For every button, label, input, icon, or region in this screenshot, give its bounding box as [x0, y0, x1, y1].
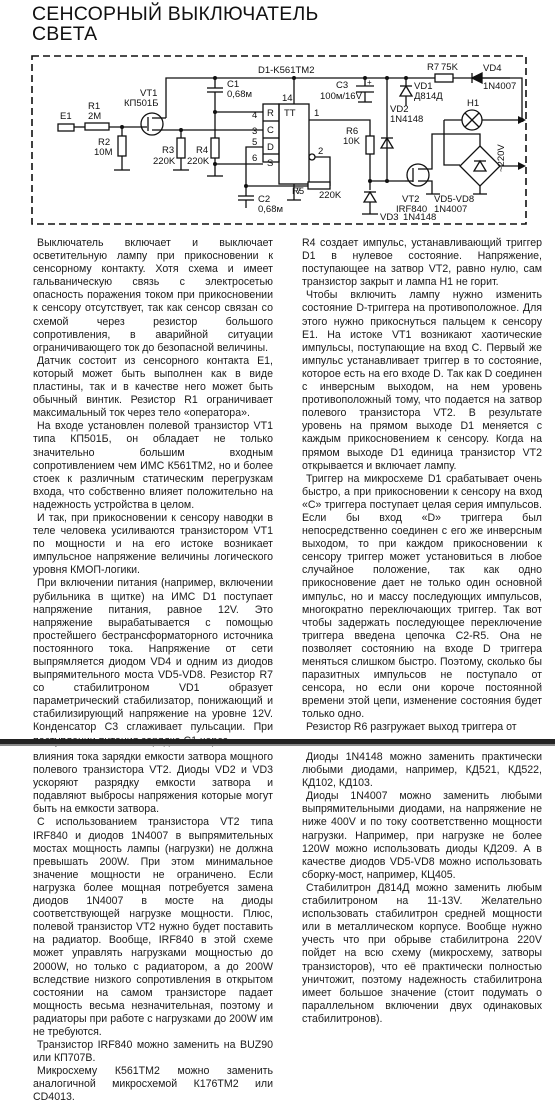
label-pin5: 5	[252, 137, 257, 148]
label-vd4: VD4	[483, 63, 501, 74]
paragraph: Микросхему К561ТМ2 можно заменить аналог…	[33, 1065, 273, 1100]
label-h1: H1	[467, 98, 479, 109]
title-line-1: СЕНСОРНЫЙ ВЫКЛЮЧАТЕЛЬ	[32, 4, 318, 24]
label-vt1-type: КП501Б	[124, 98, 158, 109]
label-e1: E1	[60, 111, 72, 122]
paragraph: Транзистор IRF840 можно заменить на BUZ9…	[33, 1039, 273, 1065]
label-vt2-type: IRF840	[396, 204, 427, 215]
label-pin2: 2	[318, 146, 323, 157]
label-pin14: 14	[282, 93, 293, 104]
label-pin1: 1	[314, 108, 319, 119]
page-divider-shadow	[0, 744, 555, 746]
label-r7-value: 75K	[441, 62, 459, 73]
label-r7: R7	[427, 62, 439, 73]
label-tt: TT	[284, 108, 296, 119]
article-column-1: Выключатель включает и выключает осветит…	[33, 237, 273, 748]
label-r5: R5	[292, 186, 304, 197]
paragraph: Триггер на микросхеме D1 срабатывает оче…	[302, 473, 542, 722]
paragraph: Стабилитрон Д814Д можно заменить любым с…	[302, 882, 542, 1026]
label-r4: R4	[196, 145, 208, 156]
paragraph: С использованием транзистора VT2 типа IR…	[33, 816, 273, 1039]
label-r4-value: 220K	[187, 156, 210, 167]
paragraph: И так, при прикосновении к сенсору навод…	[33, 512, 273, 577]
circuit-schematic: E1 R1 2M R2 10M VT1 КП501Б R3 220K R4 22…	[30, 54, 530, 228]
label-pin-c: C	[267, 125, 274, 136]
paragraph: На входе установлен полевой транзистор V…	[33, 420, 273, 512]
label-c2-value: 0,68м	[258, 204, 283, 215]
label-vd2-type: 1N4148	[390, 114, 423, 125]
label-r3: R3	[162, 145, 174, 156]
article-column-4: Диоды 1N4148 можно заменить практически …	[302, 751, 542, 1026]
label-r3-value: 220K	[153, 156, 176, 167]
label-vd4-type: 1N4007	[483, 81, 516, 92]
label-pin-s: S	[267, 158, 273, 169]
label-c3-plus: +	[367, 78, 372, 87]
label-vd5-vd8-type: 1N4007	[434, 204, 467, 215]
label-r2-value: 10M	[94, 147, 113, 158]
label-pin3: 3	[252, 126, 257, 137]
article-column-3: влияния тока зарядки емкости затвора мощ…	[33, 751, 273, 1100]
label-pin-r: R	[267, 108, 274, 119]
paragraph: влияния тока зарядки емкости затвора мощ…	[33, 751, 273, 816]
label-vd1-type: Д814Д	[414, 91, 443, 102]
paragraph: При включении питания (например, включен…	[33, 577, 273, 747]
paragraph: Датчик состоит из сенсорного контакта E1…	[33, 355, 273, 420]
label-pin6: 6	[252, 153, 257, 164]
label-c1-value: 0,68м	[227, 89, 252, 100]
paragraph: Диоды 1N4007 можно заменить любыми выпря…	[302, 790, 542, 882]
label-mains: ~220V	[496, 144, 507, 172]
paragraph: R4 создает импульс, устанавливающий триг…	[302, 237, 542, 289]
paragraph: Чтобы включить лампу нужно изменить сост…	[302, 289, 542, 472]
title-line-2: СВЕТА	[32, 24, 318, 44]
label-c3: C3	[336, 80, 348, 91]
label-r5-value: 220K	[319, 190, 342, 201]
label-d1: D1-K561TM2	[258, 65, 315, 76]
paragraph: Диоды 1N4148 можно заменить практически …	[302, 751, 542, 790]
paragraph: Выключатель включает и выключает осветит…	[33, 237, 273, 355]
paragraph: Резистор R6 разгружает выход триггера от	[302, 721, 542, 734]
label-pin-d: D	[267, 142, 274, 153]
label-pin4: 4	[252, 110, 257, 121]
article-column-2: R4 создает импульс, устанавливающий триг…	[302, 237, 542, 735]
page-title: СЕНСОРНЫЙ ВЫКЛЮЧАТЕЛЬ СВЕТА	[32, 4, 318, 44]
label-c3-value: 100м/16V	[320, 91, 363, 102]
label-r6-value: 10K	[343, 136, 361, 147]
label-r1-value: 2M	[88, 111, 101, 122]
